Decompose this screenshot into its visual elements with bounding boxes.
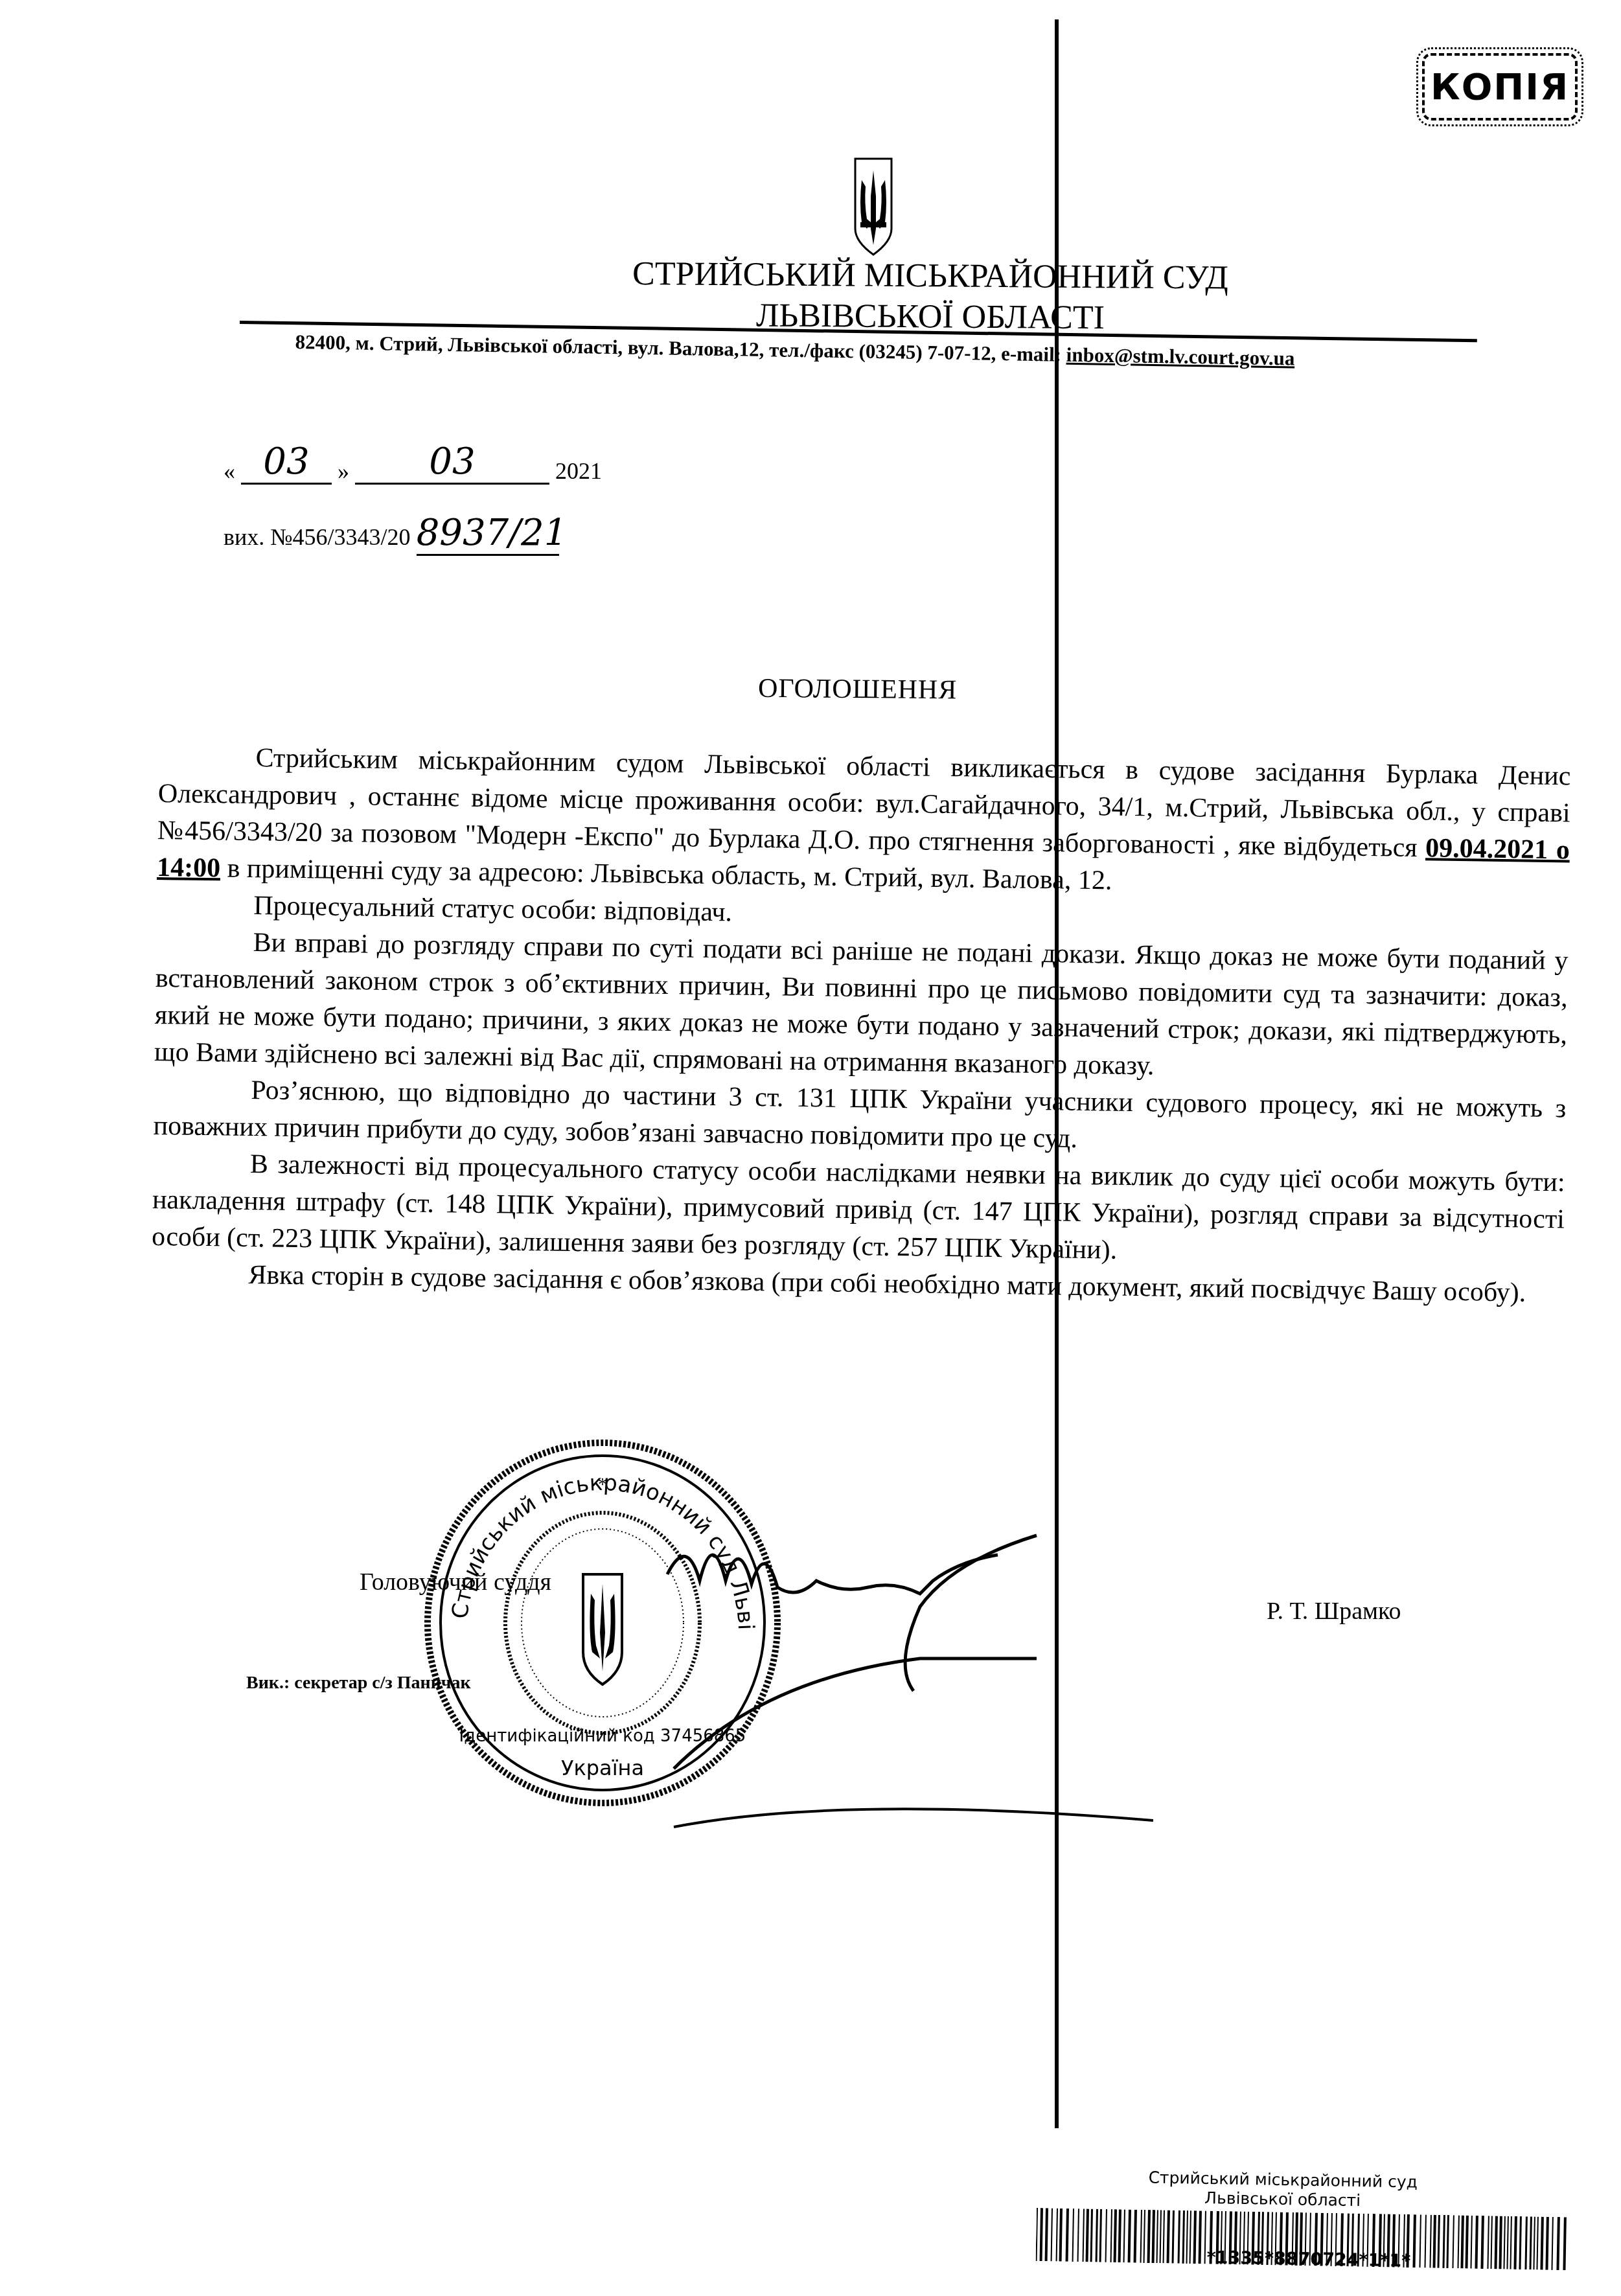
email-link[interactable]: inbox@stm.lv.court.gov.ua [1066, 343, 1294, 370]
date-month-field: 03 [355, 441, 549, 485]
announcement-body: Стрийським міськрайонним судом Львівсько… [151, 739, 1571, 1312]
outgoing-label: вих. №456/3343/20 [224, 524, 411, 550]
footer-court-name: Стрийський міськрайонний суд Львівської … [1101, 2167, 1465, 2212]
date-year: 2021 [555, 458, 602, 484]
quote-close: » [338, 458, 349, 484]
quote-open: « [224, 458, 235, 484]
date-day-field: 03 [241, 441, 332, 485]
paragraph-evidence: Ви вправі до розгляду справи по суті под… [154, 923, 1569, 1090]
paragraph-summons: Стрийським міськрайонним судом Львівсько… [157, 739, 1571, 906]
handwritten-signature [648, 1522, 1153, 1846]
svg-text:Україна: Україна [561, 1756, 644, 1780]
document-date: « 03 » 03 2021 [224, 441, 602, 485]
copy-stamp: КОПІЯ [1422, 53, 1578, 121]
copy-stamp-label: КОПІЯ [1431, 66, 1569, 108]
svg-text:*: * [598, 1475, 607, 1495]
date-day: 03 [263, 441, 309, 483]
trident-coat-of-arms-icon [854, 157, 893, 256]
executor-line: Вик.: секретар с/з Паничак [246, 1673, 471, 1693]
date-month: 03 [429, 441, 475, 483]
summons-text: Стрийським міськрайонним судом Львівсько… [157, 743, 1571, 863]
outgoing-handwritten: 8937/21 [417, 512, 568, 554]
court-name-line2: ЛЬВІВСЬКОЇ ОБЛАСТІ [0, 291, 1621, 340]
outgoing-handwritten-field: 8937/21 [417, 512, 559, 556]
document-heading: ОГОЛОШЕННЯ [758, 673, 958, 706]
signer-name: Р. Т. Шрамко [1267, 1597, 1401, 1625]
outgoing-number: вих. №456/3343/20 8937/21 [224, 512, 559, 556]
signer-title: Головуючий суддя [360, 1568, 551, 1596]
paragraph-consequences: В залежності від процесуального статусу … [152, 1145, 1565, 1275]
